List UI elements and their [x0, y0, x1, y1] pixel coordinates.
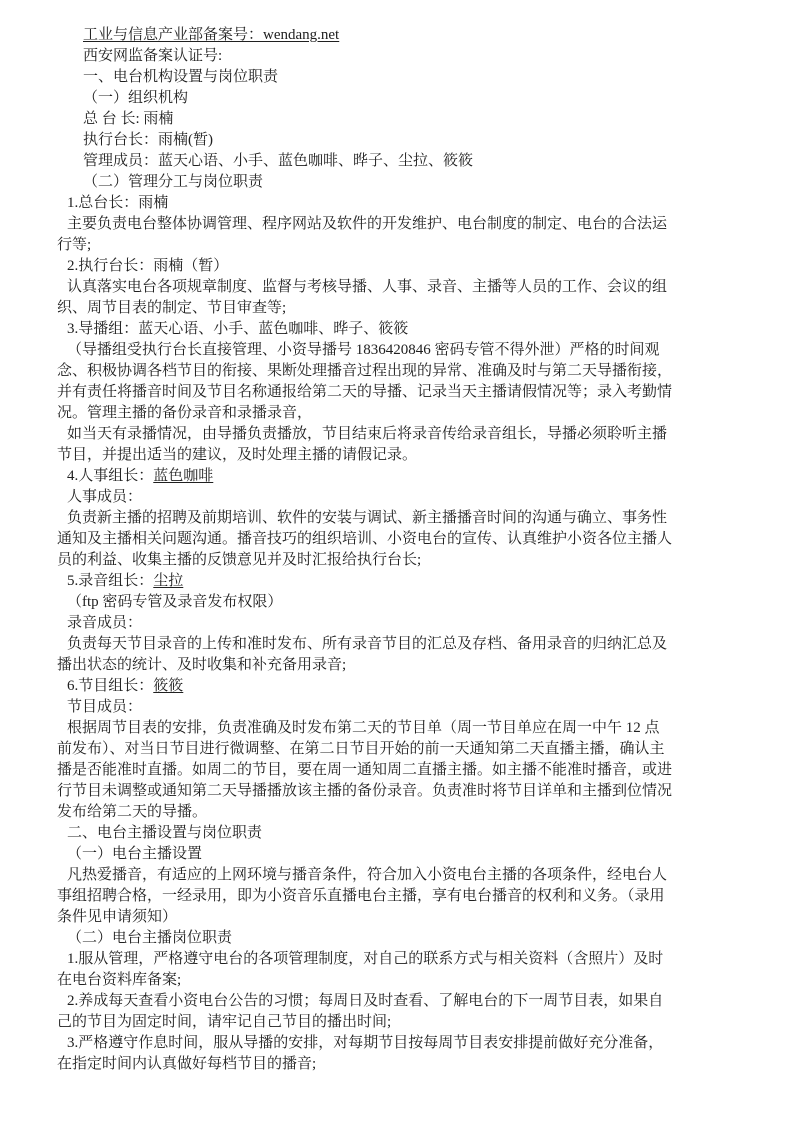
text-segment: 在电台资料库备案;	[57, 972, 181, 988]
text-segment: 凡热爱播音，有适应的上网环境与播音条件，符合加入小资电台主播的各项条件，经电台人	[67, 867, 667, 883]
text-segment: 播是否能准时直播。如周二的节目，要在周一通知周二直播主播。如主播不能准时播音，或…	[57, 762, 672, 778]
text-segment: 6.节目组长：	[67, 678, 153, 694]
text-segment: 行等;	[57, 237, 91, 253]
text-segment: （二）管理分工与岗位职责	[83, 174, 263, 190]
text-line: 1.总台长：雨楠	[57, 193, 747, 214]
text-segment: 并有责任将播音时间及节目名称通报给第二天的导播、记录当天主播请假情况等；录入考勤…	[57, 384, 672, 400]
text-segment: 通知及主播相关问题沟通。播音技巧的组织培训、小资电台的宣传、认真维护小资各位主播…	[57, 531, 672, 547]
text-segment: （一）电台主播设置	[67, 846, 202, 862]
text-segment: 负责每天节目录音的上传和准时发布、所有录音节目的汇总及存档、备用录音的归纳汇总及	[67, 636, 667, 652]
text-segment: 主要负责电台整体协调管理、程序网站及软件的开发维护、电台制度的制定、电台的合法运	[67, 216, 667, 232]
text-line: 4.人事组长：蓝色咖啡	[57, 466, 747, 487]
text-segment: 根据周节目表的安排，负责准确及时发布第二天的节目单（周一节目单应在周一中午 12…	[67, 720, 660, 736]
text-segment: 3.导播组：蓝天心语、小手、蓝色咖啡、晔子、筱筱	[67, 321, 408, 337]
text-segment: 在指定时间内认真做好每档节目的播音;	[57, 1056, 316, 1072]
text-segment: （一）组织机构	[83, 90, 188, 106]
text-line: 行节目未调整或通知第二天导播播放该主播的备份录音。负责准时将节目详单和主播到位情…	[57, 781, 747, 802]
text-line: 一、电台机构设置与岗位职责	[57, 67, 747, 88]
text-line: 念、积极协调各档节目的衔接、果断处理播音过程出现的异常、准确及时与第二天导播衔接…	[57, 361, 747, 382]
text-line: 1.服从管理，严格遵守电台的各项管理制度，对自己的联系方式与相关资料（含照片）及…	[57, 949, 747, 970]
text-segment: 执行台长：雨楠(暂)	[83, 132, 213, 148]
text-segment: 5.录音组长：	[67, 573, 153, 589]
text-line: 播出状态的统计、及时收集和补充备用录音;	[57, 655, 747, 676]
text-line: 根据周节目表的安排，负责准确及时发布第二天的节目单（周一节目单应在周一中午 12…	[57, 718, 747, 739]
text-line: 6.节目组长：筱筱	[57, 676, 747, 697]
text-segment: 2.养成每天查看小资电台公告的习惯；每周日及时查看、了解电台的下一周节目表，如果…	[67, 993, 663, 1009]
text-line: 发布给第二天的导播。	[57, 802, 747, 823]
text-line: （一）电台主播设置	[57, 844, 747, 865]
text-segment: 负责新主播的招聘及前期培训、软件的安装与调试、新主播播音时间的沟通与确立、事务性	[67, 510, 667, 526]
text-segment: 织、周节目表的制定、节目审查等;	[57, 300, 286, 316]
text-line: 通知及主播相关问题沟通。播音技巧的组织培训、小资电台的宣传、认真维护小资各位主播…	[57, 529, 747, 550]
text-line: 事组招聘合格，一经录用，即为小资音乐直播电台主播，享有电台播音的权利和义务。（录…	[57, 886, 747, 907]
text-line: 西安网监备案认证号:	[57, 46, 747, 67]
text-line: （导播组受执行台长直接管理、小资导播号 1836420846 密码专管不得外泄）…	[57, 340, 747, 361]
text-line: 总 台 长: 雨楠	[57, 109, 747, 130]
text-line: 况。管理主播的备份录音和录播录音，	[57, 403, 747, 424]
text-segment: 行节目未调整或通知第二天导播播放该主播的备份录音。负责准时将节目详单和主播到位情…	[57, 783, 672, 799]
text-segment: 播出状态的统计、及时收集和补充备用录音;	[57, 657, 346, 673]
text-segment: 一、电台机构设置与岗位职责	[83, 69, 278, 85]
text-line: （ftp 密码专管及录音发布权限）	[57, 592, 747, 613]
underlined-text: 尘拉	[153, 573, 183, 589]
text-segment: 己的节目为固定时间，请牢记自己节目的播出时间;	[57, 1014, 391, 1030]
text-line: （二）电台主播岗位职责	[57, 928, 747, 949]
text-segment: 事组招聘合格，一经录用，即为小资音乐直播电台主播，享有电台播音的权利和义务。（录…	[57, 888, 665, 904]
text-line: 2.养成每天查看小资电台公告的习惯；每周日及时查看、了解电台的下一周节目表，如果…	[57, 991, 747, 1012]
text-line: 如当天有录播情况，由导播负责播放，节目结束后将录音传给录音组长，导播必须聆听主播	[57, 424, 747, 445]
text-line: 前发布）、对当日节目进行微调整、在第二日节目开始的前一天通知第二天直播主播，确认…	[57, 739, 747, 760]
text-line: 己的节目为固定时间，请牢记自己节目的播出时间;	[57, 1012, 747, 1033]
text-line: 5.录音组长：尘拉	[57, 571, 747, 592]
underlined-text: 筱筱	[153, 678, 183, 694]
text-line: 节目成员：	[57, 697, 747, 718]
text-segment: 员的利益、收集主播的反馈意见并及时汇报给执行台长;	[57, 552, 421, 568]
text-line: 节目，并提出适当的建议，及时处理主播的请假记录。	[57, 445, 747, 466]
text-segment: 1.服从管理，严格遵守电台的各项管理制度，对自己的联系方式与相关资料（含照片）及…	[67, 951, 663, 967]
text-line: 认真落实电台各项规章制度、监督与考核导播、人事、录音、主播等人员的工作、会议的组	[57, 277, 747, 298]
text-line: 播是否能准时直播。如周二的节目，要在周一通知周二直播主播。如主播不能准时播音，或…	[57, 760, 747, 781]
text-line: 管理成员：蓝天心语、小手、蓝色咖啡、晔子、尘拉、筱筱	[57, 151, 747, 172]
text-segment: 前发布）、对当日节目进行微调整、在第二日节目开始的前一天通知第二天直播主播，确认…	[57, 741, 665, 757]
text-line: 凡热爱播音，有适应的上网环境与播音条件，符合加入小资电台主播的各项条件，经电台人	[57, 865, 747, 886]
underlined-text: 工业与信息产业部备案号：wendang.net	[83, 27, 339, 43]
text-line: 员的利益、收集主播的反馈意见并及时汇报给执行台长;	[57, 550, 747, 571]
document-page: 工业与信息产业部备案号：wendang.net西安网监备案认证号:一、电台机构设…	[0, 0, 794, 1123]
text-line: 3.严格遵守作息时间，服从导播的安排，对每期节目按每周节目表安排提前做好充分准备…	[57, 1033, 747, 1054]
text-line: 录音成员：	[57, 613, 747, 634]
text-line: 工业与信息产业部备案号：wendang.net	[57, 25, 747, 46]
text-segment: 认真落实电台各项规章制度、监督与考核导播、人事、录音、主播等人员的工作、会议的组	[67, 279, 667, 295]
text-line: 3.导播组：蓝天心语、小手、蓝色咖啡、晔子、筱筱	[57, 319, 747, 340]
text-line: 二、电台主播设置与岗位职责	[57, 823, 747, 844]
text-line: （一）组织机构	[57, 88, 747, 109]
text-segment: 节目成员：	[67, 699, 142, 715]
text-segment: 2.执行台长：雨楠（暂）	[67, 258, 228, 274]
text-segment: 条件见申请须知）	[57, 909, 177, 925]
text-segment: 3.严格遵守作息时间，服从导播的安排，对每期节目按每周节目表安排提前做好充分准备…	[67, 1035, 663, 1051]
text-segment: 如当天有录播情况，由导播负责播放，节目结束后将录音传给录音组长，导播必须聆听主播	[67, 426, 667, 442]
text-segment: 4.人事组长：	[67, 468, 153, 484]
text-segment: （ftp 密码专管及录音发布权限）	[67, 594, 282, 610]
text-segment: 二、电台主播设置与岗位职责	[67, 825, 262, 841]
text-segment: 西安网监备案认证号:	[83, 48, 222, 64]
text-segment: 总 台 长: 雨楠	[83, 111, 173, 127]
underlined-text: 蓝色咖啡	[153, 468, 213, 484]
text-line: 在指定时间内认真做好每档节目的播音;	[57, 1054, 747, 1075]
document-body: 工业与信息产业部备案号：wendang.net西安网监备案认证号:一、电台机构设…	[57, 25, 747, 1075]
text-line: 并有责任将播音时间及节目名称通报给第二天的导播、记录当天主播请假情况等；录入考勤…	[57, 382, 747, 403]
text-line: 执行台长：雨楠(暂)	[57, 130, 747, 151]
text-line: 行等;	[57, 235, 747, 256]
text-segment: 节目，并提出适当的建议，及时处理主播的请假记录。	[57, 447, 417, 463]
text-line: 人事成员：	[57, 487, 747, 508]
text-segment: 念、积极协调各档节目的衔接、果断处理播音过程出现的异常、准确及时与第二天导播衔接…	[57, 363, 672, 379]
text-line: 2.执行台长：雨楠（暂）	[57, 256, 747, 277]
text-segment: 发布给第二天的导播。	[57, 804, 207, 820]
text-segment: 人事成员：	[67, 489, 142, 505]
text-segment: 1.总台长：雨楠	[67, 195, 168, 211]
text-line: 在电台资料库备案;	[57, 970, 747, 991]
text-line: 负责新主播的招聘及前期培训、软件的安装与调试、新主播播音时间的沟通与确立、事务性	[57, 508, 747, 529]
text-segment: （导播组受执行台长直接管理、小资导播号 1836420846 密码专管不得外泄）…	[67, 342, 660, 358]
text-segment: 录音成员：	[67, 615, 142, 631]
text-segment: （二）电台主播岗位职责	[67, 930, 232, 946]
text-segment: 管理成员：蓝天心语、小手、蓝色咖啡、晔子、尘拉、筱筱	[83, 153, 473, 169]
text-line: 负责每天节目录音的上传和准时发布、所有录音节目的汇总及存档、备用录音的归纳汇总及	[57, 634, 747, 655]
text-line: 织、周节目表的制定、节目审查等;	[57, 298, 747, 319]
text-line: （二）管理分工与岗位职责	[57, 172, 747, 193]
text-line: 条件见申请须知）	[57, 907, 747, 928]
text-line: 主要负责电台整体协调管理、程序网站及软件的开发维护、电台制度的制定、电台的合法运	[57, 214, 747, 235]
text-segment: 况。管理主播的备份录音和录播录音，	[57, 405, 312, 421]
